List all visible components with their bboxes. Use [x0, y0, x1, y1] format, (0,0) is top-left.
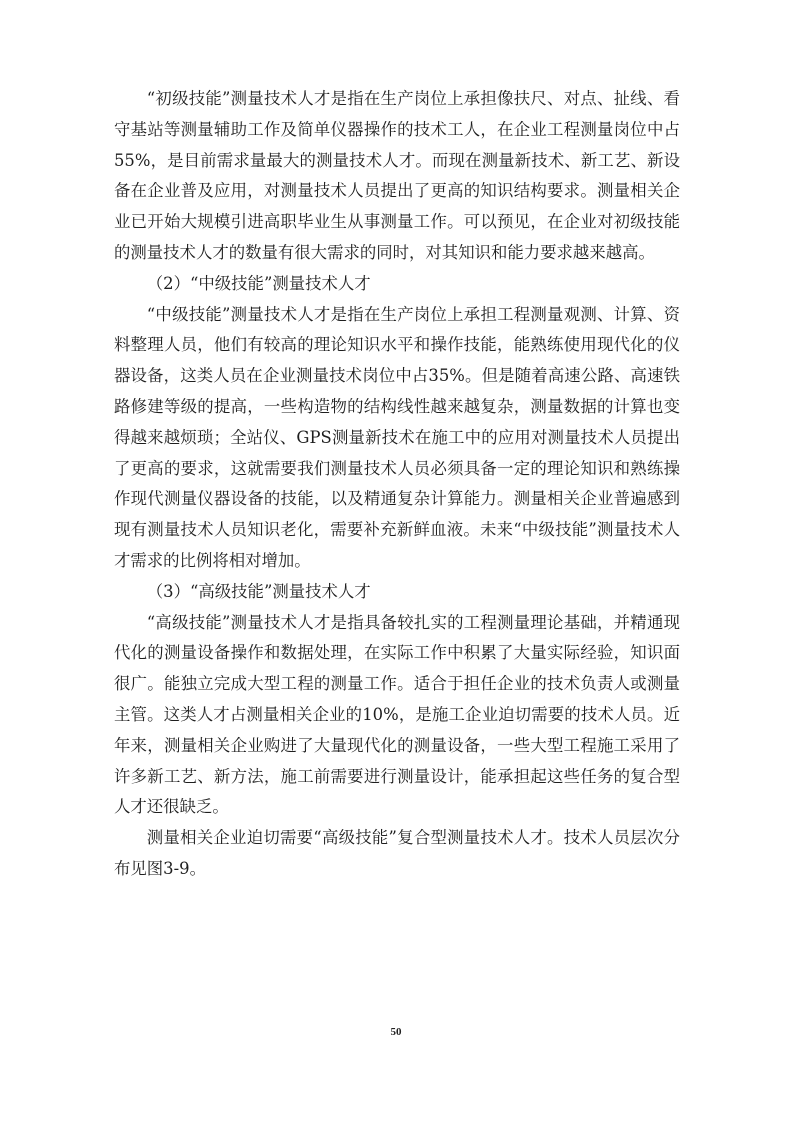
- heading-intermediate-skills: （2）“中级技能”测量技术人才: [114, 269, 680, 300]
- paragraph-advanced-skills: “高级技能”测量技术人才是指具备较扎实的工程测量理论基础，并精通现代化的测量设备…: [114, 608, 680, 824]
- paragraph-conclusion: 测量相关企业迫切需要“高级技能”复合型测量技术人才。技术人员层次分布见图3-9。: [114, 823, 680, 885]
- document-body: “初级技能”测量技术人才是指在生产岗位上承担像扶尺、对点、扯线、看守基站等测量辅…: [114, 84, 680, 885]
- page-number: 50: [0, 1026, 792, 1038]
- paragraph-intermediate-skills: “中级技能”测量技术人才是指在生产岗位上承担工程测量观测、计算、资料整理人员，他…: [114, 300, 680, 577]
- paragraph-junior-skills: “初级技能”测量技术人才是指在生产岗位上承担像扶尺、对点、扯线、看守基站等测量辅…: [114, 84, 680, 269]
- heading-advanced-skills: （3）“高级技能”测量技术人才: [114, 577, 680, 608]
